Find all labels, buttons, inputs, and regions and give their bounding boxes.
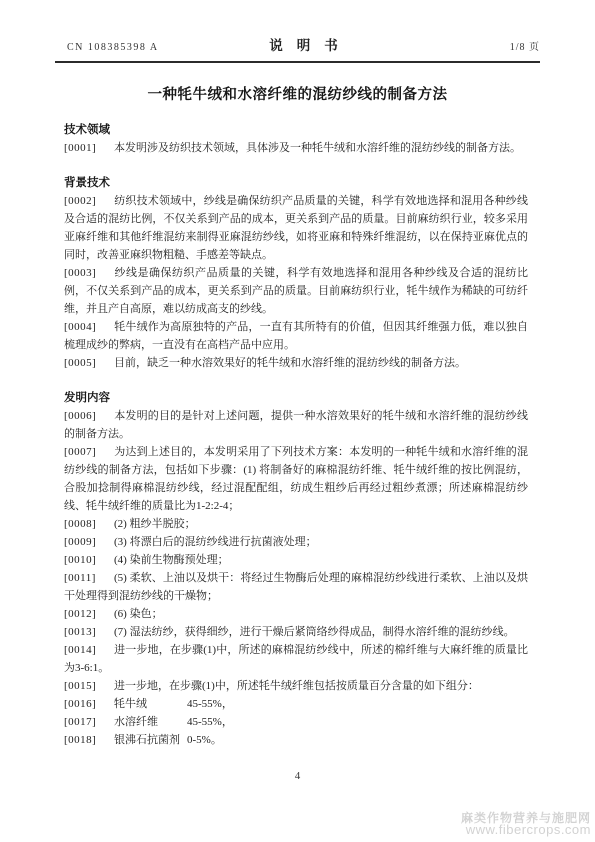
document-body: 技术领域 [0001]本发明涉及纺织技术领域，具体涉及一种牦牛绒和水溶纤维的混纺… xyxy=(0,121,595,749)
invention-title: 一种牦牛绒和水溶纤维的混纺纱线的制备方法 xyxy=(0,83,595,104)
patent-number: CN 108385398 A xyxy=(67,42,255,53)
paragraph-0006: [0006]本发明的目的是针对上述问题，提供一种水溶效果好的牦牛绒和水溶纤维的混… xyxy=(64,407,528,443)
paragraph-tag: [0015] xyxy=(64,677,114,695)
paragraph-tag: [0013] xyxy=(64,623,114,641)
paragraph-tag: [0003] xyxy=(64,264,114,282)
section-heading: 技术领域 xyxy=(64,121,528,139)
component-name: 牦牛绒 xyxy=(114,695,187,713)
paragraph-tag: [0012] xyxy=(64,605,114,623)
paragraph-tag: [0010] xyxy=(64,551,114,569)
paragraph-tag: [0011] xyxy=(64,569,114,587)
composition-row-silver-zeolite: [0018]银沸石抗菌剂0-5%。 xyxy=(64,731,528,749)
watermark: 麻类作物营养与施肥网 www.fibercrops.com xyxy=(461,813,591,835)
section-background: 背景技术 [0002]纺织技术领域中，纱线是确保纺织产品质量的关键，科学有效地选… xyxy=(64,174,528,372)
page-header: CN 108385398 A 说明书 1/8 页 xyxy=(55,34,540,63)
paragraph-text: (7) 湿法纺纱，获得细纱，进行干燥后紧筒络纱得成品，制得水溶纤维的混纺纱线。 xyxy=(114,626,515,638)
paragraph-tag: [0002] xyxy=(64,192,114,210)
component-value: 45-55%， xyxy=(187,716,233,728)
doc-type-title: 说明书 xyxy=(255,34,352,54)
paragraph-0001: [0001]本发明涉及纺织技术领域，具体涉及一种牦牛绒和水溶纤维的混纺纱线的制备… xyxy=(64,139,528,157)
paragraph-tag: [0009] xyxy=(64,533,114,551)
component-value: 0-5%。 xyxy=(187,734,222,746)
component-name: 水溶纤维 xyxy=(114,713,187,731)
paragraph-text: 为达到上述目的，本发明采用了下列技术方案：本发明的一种牦牛绒和水溶纤维的混纺纱线… xyxy=(64,446,528,512)
paragraph-0003: [0003]纱线是确保纺织产品质量的关键，科学有效地选择和混用各种纱线及合适的混… xyxy=(64,264,528,318)
paragraph-text: (3) 将漂白后的混纺纱线进行抗菌液处理； xyxy=(114,536,317,548)
paragraph-0009: [0009](3) 将漂白后的混纺纱线进行抗菌液处理； xyxy=(64,533,528,551)
paragraph-0014: [0014]进一步地，在步骤(1)中，所述的麻棉混纺纱线中，所述的棉纤维与大麻纤… xyxy=(64,641,528,677)
paragraph-text: (5) 柔软、上油以及烘干：将经过生物酶后处理的麻棉混纺纱线进行柔软、上油以及烘… xyxy=(64,572,528,602)
paragraph-tag: [0005] xyxy=(64,354,114,372)
paragraph-text: 纺织技术领域中，纱线是确保纺织产品质量的关键，科学有效地选择和混用各种纱线及合适… xyxy=(64,195,528,261)
page-number: 4 xyxy=(0,770,595,782)
watermark-site-url: www.fibercrops.com xyxy=(461,824,591,835)
composition-row-yak-down: [0016]牦牛绒45-55%， xyxy=(64,695,528,713)
paragraph-text: 进一步地，在步骤(1)中，所述的麻棉混纺纱线中，所述的棉纤维与大麻纤维的质量比为… xyxy=(64,644,528,674)
composition-row-water-soluble-fiber: [0017]水溶纤维45-55%， xyxy=(64,713,528,731)
page-indicator: 1/8 页 xyxy=(352,38,540,53)
paragraph-0007: [0007]为达到上述目的，本发明采用了下列技术方案：本发明的一种牦牛绒和水溶纤… xyxy=(64,443,528,515)
paragraph-text: (6) 染色； xyxy=(114,608,163,620)
section-summary-of-invention: 发明内容 [0006]本发明的目的是针对上述问题，提供一种水溶效果好的牦牛绒和水… xyxy=(64,389,528,749)
paragraph-0010: [0010](4) 染前生物酶预处理； xyxy=(64,551,528,569)
paragraph-text: 纱线是确保纺织产品质量的关键，科学有效地选择和混用各种纱线及合适的混纺比例，不仅… xyxy=(64,267,528,315)
paragraph-text: 进一步地，在步骤(1)中，所述牦牛绒纤维包括按质量百分含量的如下组分： xyxy=(114,680,479,692)
section-heading: 背景技术 xyxy=(64,174,528,192)
paragraph-tag: [0008] xyxy=(64,515,114,533)
paragraph-text: 本发明涉及纺织技术领域，具体涉及一种牦牛绒和水溶纤维的混纺纱线的制备方法。 xyxy=(114,142,521,154)
patent-specification-page: CN 108385398 A 说明书 1/8 页 一种牦牛绒和水溶纤维的混纺纱线… xyxy=(0,0,595,842)
paragraph-text: 目前，缺乏一种水溶效果好的牦牛绒和水溶纤维的混纺纱线的制备方法。 xyxy=(114,357,466,369)
component-value: 45-55%， xyxy=(187,698,233,710)
paragraph-text: (4) 染前生物酶预处理； xyxy=(114,554,229,566)
paragraph-0012: [0012](6) 染色； xyxy=(64,605,528,623)
section-heading: 发明内容 xyxy=(64,389,528,407)
paragraph-0005: [0005]目前，缺乏一种水溶效果好的牦牛绒和水溶纤维的混纺纱线的制备方法。 xyxy=(64,354,528,372)
component-name: 银沸石抗菌剂 xyxy=(114,731,187,749)
paragraph-text: 本发明的目的是针对上述问题，提供一种水溶效果好的牦牛绒和水溶纤维的混纺纱线的制备… xyxy=(64,410,528,440)
paragraph-tag: [0018] xyxy=(64,731,114,749)
paragraph-0013: [0013](7) 湿法纺纱，获得细纱，进行干燥后紧筒络纱得成品，制得水溶纤维的… xyxy=(64,623,528,641)
paragraph-tag: [0006] xyxy=(64,407,114,425)
paragraph-text: 牦牛绒作为高原独特的产品，一直有其所特有的价值，但因其纤维强力低，难以独自梳理成… xyxy=(64,321,528,351)
paragraph-0004: [0004]牦牛绒作为高原独特的产品，一直有其所特有的价值，但因其纤维强力低，难… xyxy=(64,318,528,354)
paragraph-tag: [0001] xyxy=(64,139,114,157)
paragraph-tag: [0017] xyxy=(64,713,114,731)
paragraph-tag: [0016] xyxy=(64,695,114,713)
paragraph-tag: [0014] xyxy=(64,641,114,659)
paragraph-0008: [0008](2) 粗纱半脱胶； xyxy=(64,515,528,533)
paragraph-0011: [0011](5) 柔软、上油以及烘干：将经过生物酶后处理的麻棉混纺纱线进行柔软… xyxy=(64,569,528,605)
section-technical-field: 技术领域 [0001]本发明涉及纺织技术领域，具体涉及一种牦牛绒和水溶纤维的混纺… xyxy=(64,121,528,157)
paragraph-tag: [0004] xyxy=(64,318,114,336)
paragraph-text: (2) 粗纱半脱胶； xyxy=(114,518,196,530)
paragraph-0002: [0002]纺织技术领域中，纱线是确保纺织产品质量的关键，科学有效地选择和混用各… xyxy=(64,192,528,264)
paragraph-0015: [0015]进一步地，在步骤(1)中，所述牦牛绒纤维包括按质量百分含量的如下组分… xyxy=(64,677,528,695)
paragraph-tag: [0007] xyxy=(64,443,114,461)
